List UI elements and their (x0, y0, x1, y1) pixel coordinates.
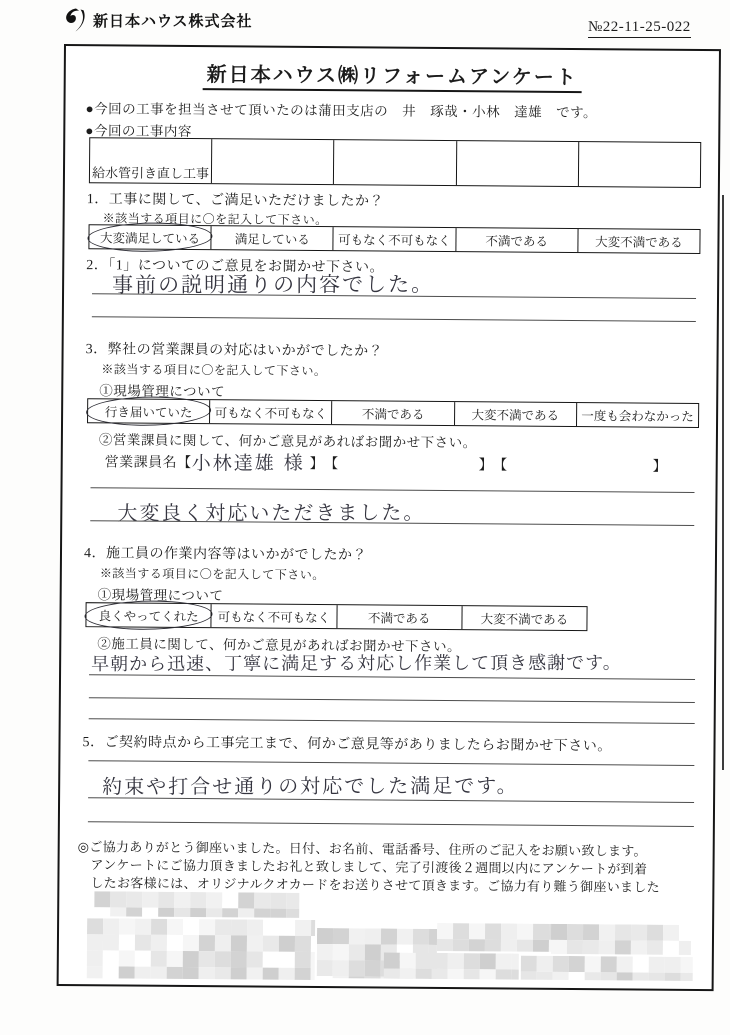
work-item-cell: 給水管引き直し工事 (90, 138, 212, 183)
handwritten-staff-name: 小林達雄 様 (192, 448, 310, 475)
option-cell: 一度も会わなかった (576, 403, 698, 427)
work-item-cell (456, 141, 579, 186)
redacted-block (521, 956, 693, 981)
ruled-line (88, 821, 694, 827)
ruled-line (92, 316, 696, 322)
company-name: 新日本ハウス株式会社 (93, 10, 253, 31)
bracket: 】 (653, 455, 668, 475)
doc-number: №22-11-25-022 (588, 19, 691, 38)
question-4-label: 4．施工員の作業内容等はいかがでしたか？ (84, 542, 367, 564)
option-cell: 可もなく不可もなく (211, 604, 336, 628)
question-3-sub1: ①現場管理について (99, 379, 225, 400)
ruled-line (89, 718, 695, 724)
question-3-options: 行き届いていた 可もなく不可もなく 不満である 大変不満である 一度も会わなかっ… (87, 398, 699, 428)
form-title: 新日本ハウス㈱リフォームアンケート (66, 57, 719, 91)
option-cell: 可もなく不可もなく (209, 400, 331, 424)
ruled-line (88, 760, 694, 766)
scan-edge-artifact (722, 195, 724, 770)
redacted-block (551, 924, 691, 955)
option-cell: 満足している (211, 226, 333, 250)
option-cell: 可もなく不可もなく (333, 227, 455, 251)
question-5-label: 5．ご契約時点から工事完工まで、何かご意見等がありましたらお聞かせ下さい。 (82, 731, 611, 755)
option-cell-selected: 行き届いていた (88, 399, 209, 423)
handwritten-answer-q4: 早朝から迅速、丁寧に満足する対応し作業して頂き感謝です。 (91, 649, 622, 676)
question-4-sub1: ①現場管理について (98, 583, 224, 604)
option-cell: 大変不満である (461, 606, 586, 630)
question-4-note: ※該当する項目に〇を記入して下さい。 (100, 564, 325, 583)
questionnaire-form: 新日本ハウス㈱リフォームアンケート ●今回の工事を担当させて頂いたのは蒲田支店の… (57, 44, 721, 991)
option-cell: 不満である (336, 605, 461, 629)
question-3-note: ※該当する項目に〇を記入して下さい。 (101, 360, 326, 379)
bracket: 】 (479, 454, 494, 474)
closing-note: ◎ご協力ありがとう御座いました。日付、お名前、電話番号、住所のご記入をお願い致し… (77, 838, 702, 897)
work-item-cell (211, 139, 334, 184)
option-cell: 大変不満である (454, 402, 576, 426)
bracket: 【 (493, 454, 508, 474)
ruled-line (91, 487, 695, 493)
option-cell-selected: 良くやってくれた (86, 603, 210, 627)
question-1-label: 1．工事に関して、ご満足いただけましたか？ (87, 188, 384, 210)
ruled-line (89, 697, 695, 703)
handwritten-answer-q5: 約束や打合せ通りの対応でした満足です。 (102, 769, 518, 799)
option-cell-selected: 大変満足している (89, 225, 210, 249)
redacted-block (94, 891, 299, 918)
question-1-options: 大変満足している 満足している 可もなく不可もなく 不満である 大変不満である (88, 224, 700, 254)
bracket: 【 (177, 451, 192, 471)
redacted-block (87, 918, 315, 980)
question-3-label: 3．弊社の営業課員の対応はいかがでしたか？ (86, 338, 384, 360)
work-item-cell (578, 142, 701, 187)
intro-line: ●今回の工事を担当させて頂いたのは蒲田支店の 井 琢哉・小林 達雄 です。 (85, 97, 597, 121)
bracket: 【 (324, 453, 339, 473)
redacted-block (437, 923, 557, 952)
option-cell: 不満である (455, 228, 577, 252)
staff-name-row: 営業課員名 【 小林達雄 様 】 【 】 【 】 (105, 447, 668, 478)
redacted-block (384, 953, 519, 980)
company-logo: 新日本ハウス株式会社 (62, 7, 253, 34)
work-content-table: 給水管引き直し工事 (89, 137, 701, 188)
bracket: 】 (310, 452, 325, 472)
empty-name-slot (508, 464, 653, 465)
staff-name-label: 営業課員名 (105, 451, 178, 472)
option-cell: 不満である (331, 401, 453, 425)
empty-name-slot (339, 463, 479, 464)
question-4-options: 良くやってくれた 可もなく不可もなく 不満である 大変不満である (85, 602, 587, 631)
work-item-cell (333, 140, 456, 185)
option-cell: 大変不満である (577, 229, 699, 253)
scanned-questionnaire-page: 新日本ハウス株式会社 №22-11-25-022 新日本ハウス㈱リフォームアンケ… (0, 0, 730, 1035)
company-logo-icon (62, 7, 89, 34)
